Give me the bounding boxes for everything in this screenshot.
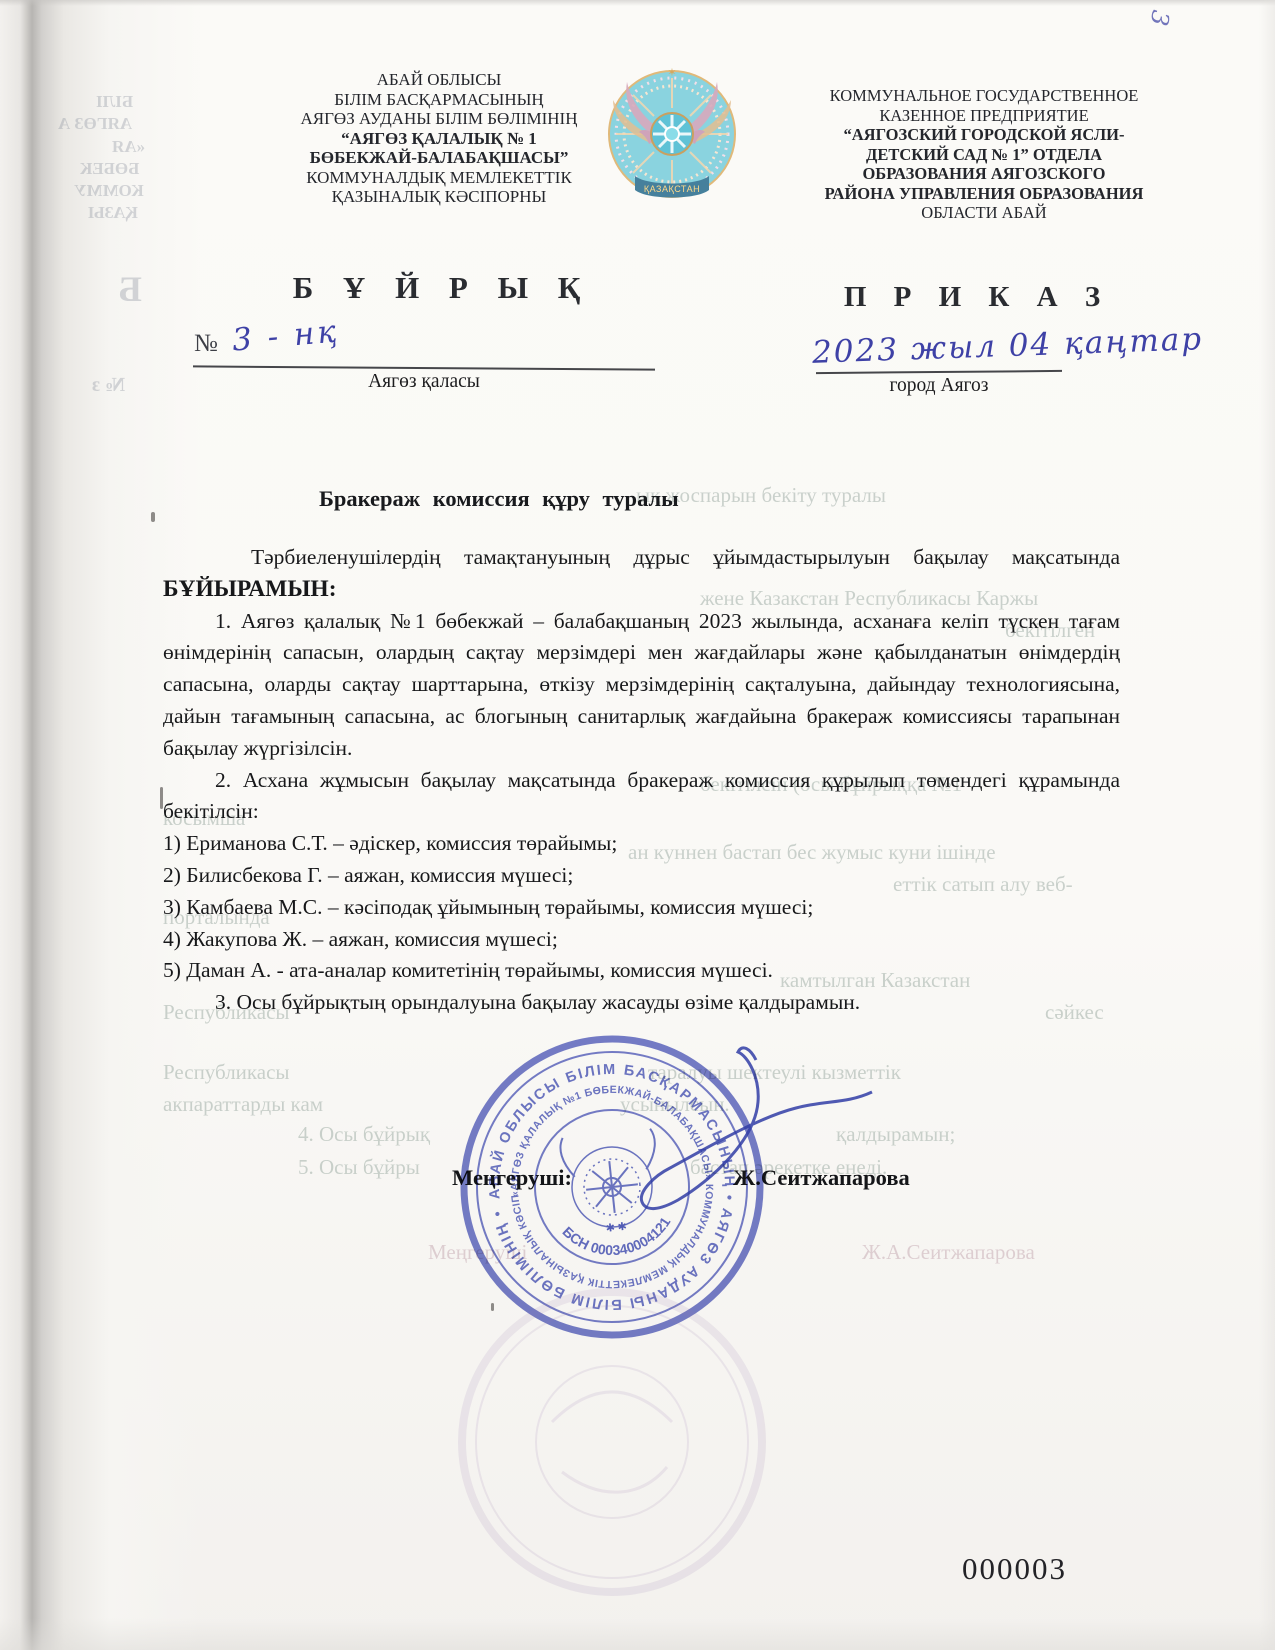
mirrored-bleedthrough-text: КОММУ xyxy=(74,181,144,201)
bleedthrough-text: 5. Осы бұйры xyxy=(298,1155,420,1180)
letterhead-line: ОБЛАСТИ АБАЙ xyxy=(772,203,1196,223)
stamp-center-emblem xyxy=(559,1128,663,1231)
scan-edge-shadow-top xyxy=(0,0,1275,6)
stamp-stars: ✱ ✱ xyxy=(605,1221,627,1235)
number-underline xyxy=(193,365,655,370)
emblem-star: ✶ xyxy=(667,67,676,79)
letterhead-line: КОММУНАЛДЫҚ МЕМЛЕКЕТТІК xyxy=(243,168,635,188)
mirrored-bleedthrough-text: ҚАЗЫ xyxy=(88,203,138,223)
bleedthrough-text: усынылсын. xyxy=(620,1092,730,1117)
order-word: БҰЙЫРАМЫН: xyxy=(163,576,337,602)
order-title-russian: П Р И К А З xyxy=(792,281,1162,314)
emblem-banner-text: ҚАЗАҚСТАН xyxy=(644,184,700,194)
signature-name: Ж.Сеитжапарова xyxy=(733,1165,910,1191)
letterhead-line: “АЯГӨЗ ҚАЛАЛЫҚ № 1 xyxy=(243,129,635,149)
bleedthrough-text: таралуы шектеулі кызметтік xyxy=(648,1060,901,1085)
mirrored-bleedthrough-text: «АЯ xyxy=(112,137,145,157)
intro-paragraph: Тәрбиеленушілердің тамақтануының дұрыс ұ… xyxy=(163,542,1120,606)
mirrored-bleedthrough-text: № з xyxy=(92,374,125,397)
mirrored-bleedthrough-text: БӨБЕК xyxy=(80,159,139,179)
bleedthrough-text: Ж.А.Сеитжапарова xyxy=(862,1240,1035,1265)
letterhead-line: КАЗЕННОЕ ПРЕДПРИЯТИЕ xyxy=(772,106,1196,126)
bleedthrough-text: акпараттарды кам xyxy=(163,1092,323,1117)
letterhead-line: ОБРАЗОВАНИЯ АЯГОЗСКОГО xyxy=(772,164,1196,184)
scan-edge-shadow-bottom xyxy=(0,1618,1275,1650)
signature-title: Меңгеруші: xyxy=(452,1165,572,1191)
commission-member: 1) Ериманова С.Т. – әдіскер, комиссия тө… xyxy=(163,828,1120,860)
letterhead-line: РАЙОНА УПРАВЛЕНИЯ ОБРАЗОВАНИЯ xyxy=(772,184,1196,204)
letterhead-line: АБАЙ ОБЛЫСЫ xyxy=(243,70,635,90)
stamp-bin-number: БСН 000340004121 xyxy=(558,1213,676,1264)
kazakhstan-emblem: ✶ ҚАЗАҚСТАН xyxy=(597,60,747,212)
order-place-kazakh: Аягөз қаласы xyxy=(193,371,655,393)
bleedthrough-text: 4. Осы бұйрық xyxy=(298,1122,430,1147)
letterhead-line: ДЕТСКИЙ САД № 1” ОТДЕЛА xyxy=(772,145,1196,165)
scan-edge-shadow-right xyxy=(1259,0,1275,1650)
handwritten-page-number: 3 xyxy=(1145,8,1175,28)
letterhead-russian: КОММУНАЛЬНОЕ ГОСУДАРСТВЕННОЕ КАЗЕННОЕ ПР… xyxy=(772,86,1196,223)
order-number-label: № xyxy=(194,330,218,358)
mirrored-bleedthrough-text: АЯГӨЗ А xyxy=(58,114,132,134)
order-title-kazakh: Б Ұ Й Р Ы Қ xyxy=(252,270,632,306)
order-number-handwritten: 3 - нқ xyxy=(231,313,341,358)
bleedthrough-text: Республикасы xyxy=(163,1060,290,1085)
svg-text:БСН 000340004121: БСН 000340004121 xyxy=(558,1213,676,1264)
scanned-document-page: { "page": { "corner_mark": "3", "footer_… xyxy=(0,0,1275,1650)
bleedthrough-text: Меңгеруші xyxy=(428,1240,527,1265)
scan-speck xyxy=(491,1303,494,1311)
commission-member: 4) Жакупова Ж. – аяжан, комиссия мүшесі; xyxy=(163,924,1120,956)
paragraph-3: 3. Осы бұйрықтың орындалуына бақылау жас… xyxy=(163,987,1120,1019)
commission-member: 5) Даман А. - ата-аналар комитетінің төр… xyxy=(163,955,1120,987)
mirrored-bleedthrough-text: Б xyxy=(118,268,142,310)
scan-speck xyxy=(151,512,155,522)
ghost-stamp xyxy=(462,1292,762,1592)
date-underline xyxy=(816,370,1062,374)
letterhead-line: БІЛІМ БАСҚАРМАСЫНЫҢ xyxy=(243,90,635,110)
letterhead-line: “АЯГОЗСКИЙ ГОРОДСКОЙ ЯСЛИ- xyxy=(772,125,1196,145)
commission-member: 3) Камбаева М.С. – кәсіподақ ұйымының тө… xyxy=(163,892,1120,924)
page-serial-number: 000003 xyxy=(962,1551,1067,1587)
order-subject: Бракераж комиссия құру туралы xyxy=(319,486,679,512)
letterhead-line: ҚАЗЫНАЛЫҚ КӘСІПОРНЫ xyxy=(243,187,635,207)
letterhead-line: АЯГӨЗ АУДАНЫ БІЛІМ БӨЛІМІНІҢ xyxy=(243,109,635,129)
paragraph-1: 1. Аягөз қалалық №1 бөбекжай – балабақша… xyxy=(163,606,1120,765)
order-date-handwritten: 2023 жыл 04 қаңтар xyxy=(811,321,1203,371)
bleedthrough-text: қалдырамын; xyxy=(836,1122,955,1147)
commission-member: 2) Билисбекова Г. – аяжан, комиссия мүше… xyxy=(163,860,1120,892)
scan-speck xyxy=(160,787,163,809)
emblem-shanyrak xyxy=(651,113,693,155)
mirrored-bleedthrough-text: БІЛІ xyxy=(96,92,133,112)
order-place-russian: город Аягоз xyxy=(816,375,1062,397)
letterhead-line: КОММУНАЛЬНОЕ ГОСУДАРСТВЕННОЕ xyxy=(772,86,1196,106)
letterhead-kazakh: АБАЙ ОБЛЫСЫ БІЛІМ БАСҚАРМАСЫНЫҢ АЯГӨЗ АУ… xyxy=(243,70,635,207)
intro-text: Тәрбиеленушілердің тамақтануының дұрыс ұ… xyxy=(251,545,1120,569)
paragraph-2: 2. Асхана жұмысын бақылау мақсатында бра… xyxy=(163,765,1120,829)
letterhead-line: БӨБЕКЖАЙ-БАЛАБАҚШАСЫ” xyxy=(243,148,635,168)
order-body: Тәрбиеленушілердің тамақтануының дұрыс ұ… xyxy=(163,542,1120,1019)
